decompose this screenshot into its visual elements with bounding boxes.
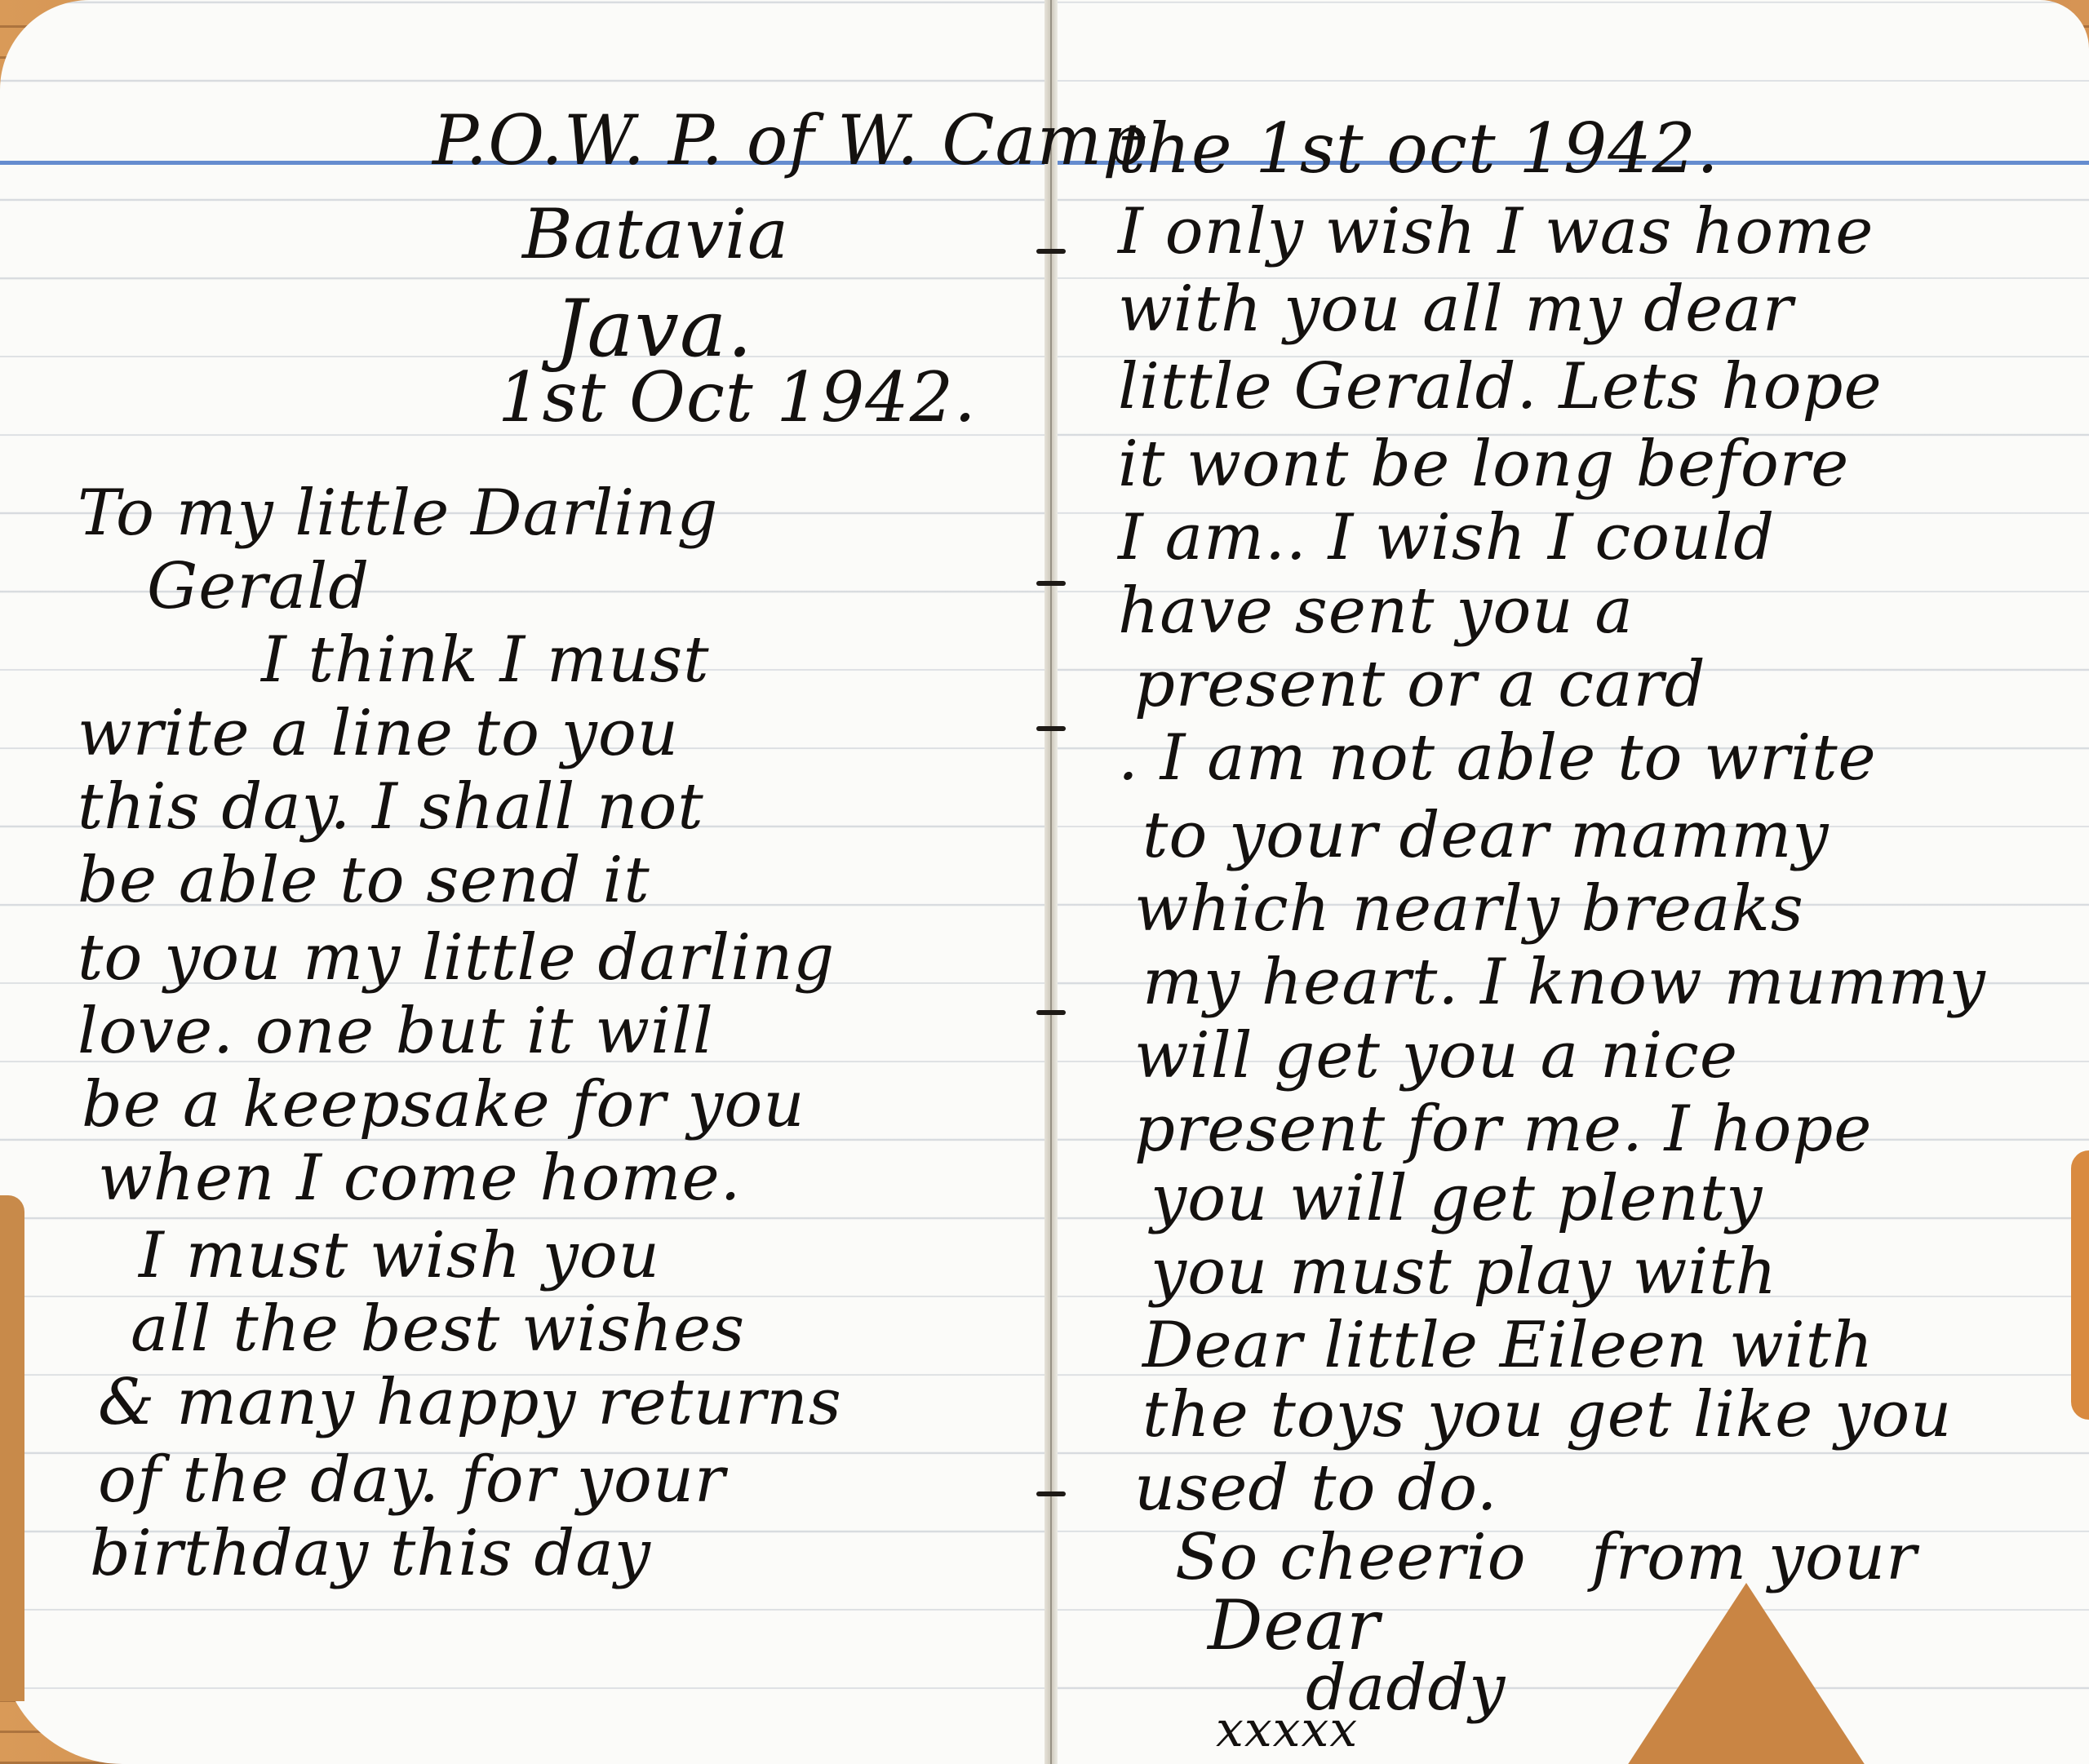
letter-line: the toys you get like you xyxy=(1142,1383,1952,1447)
letter-line: I must wish you xyxy=(139,1224,660,1288)
binding-stitch xyxy=(1036,1010,1066,1015)
header-city: Batavia xyxy=(522,200,789,268)
page-fold-spine xyxy=(1044,0,1058,1764)
letter-line: will get you a nice xyxy=(1134,1024,1738,1088)
letter-line: used to do. xyxy=(1134,1456,1498,1520)
letter-line: have sent you a xyxy=(1118,579,1634,643)
letter-line: to you my little darling xyxy=(78,926,835,990)
torn-edge-left xyxy=(0,1195,24,1701)
binding-stitch xyxy=(1036,249,1066,254)
header-date: 1st Oct 1942. xyxy=(498,363,977,432)
letter-line: present for me. I hope xyxy=(1134,1097,1872,1161)
torn-corner-bottom xyxy=(1624,1583,1869,1764)
letter-line: I am.. I wish I could xyxy=(1118,506,1775,570)
letter-line: be able to send it xyxy=(78,849,650,912)
letter-line: write a line to you xyxy=(78,702,679,765)
letter-line: with you all my dear xyxy=(1118,277,1794,341)
letter-line: of the day. for your xyxy=(98,1448,725,1512)
binding-stitch xyxy=(1036,1491,1066,1496)
torn-edge-right xyxy=(2071,1150,2089,1420)
letter-line: all the best wishes xyxy=(131,1297,745,1361)
letter-line: be a keepsake for you xyxy=(82,1073,805,1137)
letter-line: you will get plenty xyxy=(1151,1167,1763,1230)
letter-line: Dear little Eileen with xyxy=(1142,1314,1874,1377)
letter-line: . I am not able to write xyxy=(1118,726,1877,790)
letter-line: I only wish I was home xyxy=(1118,200,1874,264)
letter-line: my heart. I know mummy xyxy=(1142,951,1986,1014)
letter-line: which nearly breaks xyxy=(1134,877,1804,941)
signature-dear: Dear xyxy=(1208,1591,1380,1660)
signature-kisses: xxxxx xyxy=(1216,1705,1358,1754)
letter-line: you must play with xyxy=(1151,1240,1777,1304)
letter-line: to your dear mammy xyxy=(1142,804,1830,867)
header-island: Java. xyxy=(555,290,753,368)
letter-line: Gerald xyxy=(147,555,370,618)
letter-line: & many happy returns xyxy=(98,1371,842,1434)
binding-stitch xyxy=(1036,581,1066,586)
letter-line: the 1st oct 1942. xyxy=(1118,114,1719,183)
letter-line: when I come home. xyxy=(98,1146,741,1210)
letter-line: it wont be long before xyxy=(1118,432,1849,496)
letter-line: love. one but it will xyxy=(78,999,714,1063)
letter-closing: So cheerio xyxy=(1175,1526,1527,1589)
letter-closing: from your xyxy=(1591,1526,1917,1589)
letter-line: present or a card xyxy=(1134,653,1706,716)
header-camp: P.O.W. P. of W. Camp xyxy=(432,106,1147,175)
letter-line: little Gerald. Lets hope xyxy=(1118,355,1883,419)
binding-stitch xyxy=(1036,726,1066,731)
letter-line: birthday this day xyxy=(90,1522,651,1585)
letter-line: To my little Darling xyxy=(78,481,718,545)
letter-line: I think I must xyxy=(261,628,710,692)
letter-line: this day. I shall not xyxy=(78,775,704,839)
